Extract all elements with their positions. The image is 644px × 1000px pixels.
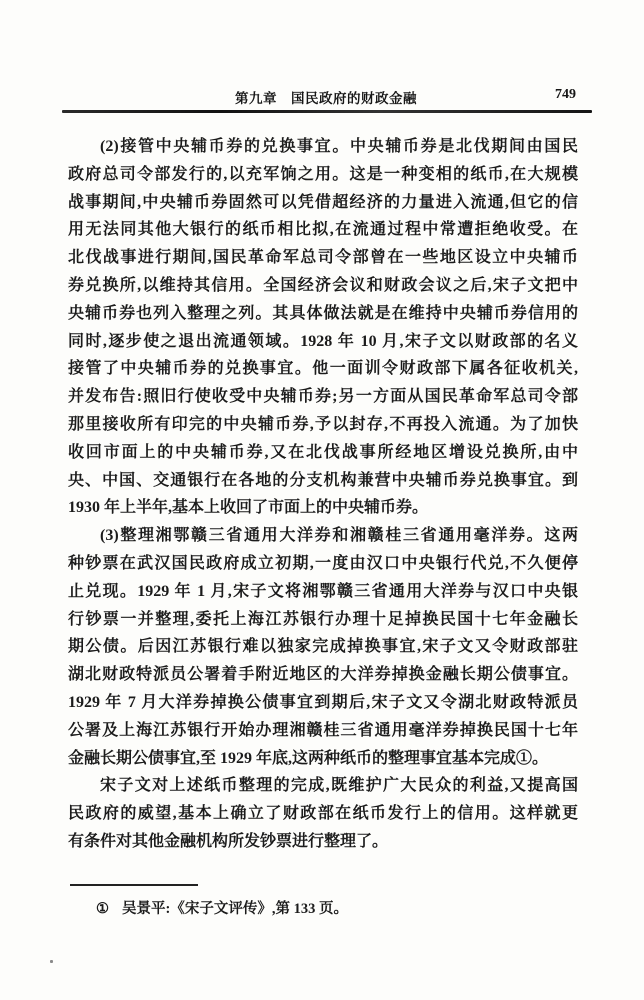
scan-speck (50, 960, 53, 963)
footnote-marker: ① (96, 901, 109, 917)
text-line: 同时,逐步使之退出流通领域。1928 年 10 月,宋子文以财政部的名义 (68, 328, 578, 356)
header-rule (62, 110, 592, 113)
text-line: 止兑现。1929 年 1 月,宋子文将湘鄂赣三省通用大洋券与汉口中央银 (68, 578, 578, 606)
text-line: 战事期间,中央辅币券固然可以凭借超经济的力量进入流通,但它的信 (68, 189, 578, 217)
text-line: 期公债。后因江苏银行难以独家完成掉换事宜,宋子文又令财政部驻 (68, 633, 578, 661)
text-line: 央、中国、交通银行在各地的分支机构兼营中央辅币券兑换事宜。到 (68, 467, 578, 495)
text-line: 湖北财政特派员公署着手附近地区的大洋券掉换金融长期公债事宜。 (68, 661, 578, 689)
text-line: 那里接收所有印完的中央辅币券,予以封存,不再投入流通。为了加快 (68, 411, 578, 439)
text-line: 宋子文对上述纸币整理的完成,既维护广大民众的利益,又提高国 (68, 772, 578, 800)
text-line: 接管了中央辅币券的兑换事宜。他一面训令财政部下属各征收机关, (68, 355, 578, 383)
book-page: 第九章 国民政府的财政金融 749 (2)接管中央辅币券的兑换事宜。中央辅币券是… (0, 0, 644, 1000)
text-line: 央辅币券也列入整理之列。其具体做法就是在维持中央辅币券信用的 (68, 300, 578, 328)
text-line: 政府总司令部发行的,以充军饷之用。这是一种变相的纸币,在大规模 (68, 161, 578, 189)
text-line: (2)接管中央辅币券的兑换事宜。中央辅币券是北伐期间由国民 (68, 133, 578, 161)
text-line: (3)整理湘鄂赣三省通用大洋券和湘赣桂三省通用毫洋券。这两 (68, 522, 578, 550)
text-line: 有条件对其他金融机构所发钞票进行整理了。 (68, 828, 578, 856)
page-number: 749 (555, 87, 576, 103)
text-line: 民政府的威望,基本上确立了财政部在纸币发行上的信用。这样就更 (68, 800, 578, 828)
footnote-text: 吴景平:《宋子文评传》,第 133 页。 (122, 901, 348, 917)
chapter-title: 第九章 国民政府的财政金融 (62, 87, 590, 107)
text-line: 公署及上海江苏银行开始办理湘赣桂三省通用毫洋券掉换民国十七年 (68, 717, 578, 745)
footnote: ①吴景平:《宋子文评传》,第 133 页。 (96, 898, 556, 920)
text-line: 1930 年上半年,基本上收回了市面上的中央辅币券。 (68, 494, 578, 522)
text-line: 北伐战事进行期间,国民革命军总司令部曾在一些地区设立中央辅币 (68, 244, 578, 272)
text-line: 金融长期公债事宜,至 1929 年底,这两种纸币的整理事宜基本完成①。 (68, 745, 578, 773)
text-line: 行钞票一并整理,委托上海江苏银行办理十足掉换民国十七年金融长 (68, 606, 578, 634)
text-line: 券兑换所,以维持其信用。全国经济会议和财政会议之后,宋子文把中 (68, 272, 578, 300)
text-line: 收回市面上的中央辅币券,又在北伐战事所经地区增设兑换所,由中 (68, 439, 578, 467)
text-line: 种钞票在武汉国民政府成立初期,一度由汉口中央银行代兑,不久便停 (68, 550, 578, 578)
text-line: 用无法同其他大银行的纸币相比拟,在流通过程中常遭拒绝收受。在 (68, 216, 578, 244)
text-line: 并发布告:照旧行使收受中央辅币券;另一方面从国民革命军总司令部 (68, 383, 578, 411)
running-head: 第九章 国民政府的财政金融 749 (62, 87, 590, 105)
text-line: 1929 年 7 月大洋券掉换公债事宜到期后,宋子文又令湖北财政特派员 (68, 689, 578, 717)
paragraph: (2)接管中央辅币券的兑换事宜。中央辅币券是北伐期间由国民政府总司令部发行的,以… (68, 133, 578, 522)
footnote-separator (70, 884, 198, 886)
body-text: (2)接管中央辅币券的兑换事宜。中央辅币券是北伐期间由国民政府总司令部发行的,以… (68, 133, 578, 856)
paragraph: (3)整理湘鄂赣三省通用大洋券和湘赣桂三省通用毫洋券。这两种钞票在武汉国民政府成… (68, 522, 578, 772)
paragraph: 宋子文对上述纸币整理的完成,既维护广大民众的利益,又提高国民政府的威望,基本上确… (68, 772, 578, 855)
